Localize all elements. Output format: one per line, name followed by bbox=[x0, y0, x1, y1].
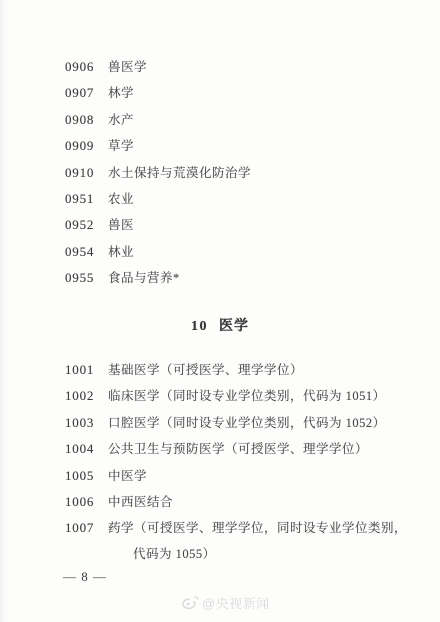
discipline-code: 1005 bbox=[65, 468, 108, 484]
discipline-code: 0954 bbox=[65, 244, 108, 260]
catalog-row: 0955 食品与营养* bbox=[65, 270, 416, 296]
weibo-camera-icon bbox=[181, 595, 200, 611]
discipline-name: 水土保持与荒漠化防治学 bbox=[108, 165, 251, 182]
discipline-code: 1007 bbox=[65, 520, 108, 536]
discipline-code: 1001 bbox=[65, 362, 108, 378]
discipline-code: 0906 bbox=[65, 59, 108, 75]
discipline-name: 中医学 bbox=[108, 468, 147, 485]
catalog-row: 1007 药学（可授医学、理学学位，同时设专业学位类别， 代码为 1055） bbox=[65, 520, 416, 546]
discipline-name: 基础医学（可授医学、理学学位） bbox=[108, 362, 303, 379]
catalog-row: 0908 水产 bbox=[65, 112, 416, 138]
catalog-row: 0954 林业 bbox=[65, 244, 416, 270]
discipline-name: 中西医结合 bbox=[108, 494, 173, 511]
scan-edge-artifact bbox=[0, 0, 6, 622]
discipline-name: 兽医学 bbox=[108, 59, 147, 76]
discipline-code: 0951 bbox=[65, 191, 108, 207]
discipline-name: 临床医学（同时设专业学位类别，代码为 1051） bbox=[108, 388, 386, 405]
discipline-name-line2: 代码为 1055） bbox=[133, 546, 407, 563]
discipline-code: 0952 bbox=[65, 217, 108, 233]
catalog-row: 1004 公共卫生与预防医学（可授医学、理学学位） bbox=[65, 441, 416, 467]
discipline-code: 0908 bbox=[65, 112, 108, 128]
catalog-row: 0907 林学 bbox=[65, 85, 416, 111]
section-heading: 10医学 bbox=[0, 315, 440, 335]
discipline-name: 农业 bbox=[108, 191, 134, 208]
watermark: @央视新闻 bbox=[181, 593, 270, 612]
discipline-name: 公共卫生与预防医学（可授医学、理学学位） bbox=[108, 441, 368, 458]
catalog-row: 0952 兽医 bbox=[65, 217, 416, 243]
catalog-list-medicine: 1001 基础医学（可授医学、理学学位） 1002 临床医学（同时设专业学位类别… bbox=[65, 362, 416, 547]
discipline-name: 兽医 bbox=[108, 217, 134, 234]
discipline-name: 食品与营养* bbox=[108, 270, 180, 287]
catalog-row: 1006 中西医结合 bbox=[65, 494, 416, 520]
discipline-name: 林业 bbox=[108, 244, 134, 261]
discipline-code: 1003 bbox=[65, 415, 108, 431]
page-number: — 8 — bbox=[63, 569, 107, 585]
section-heading-number: 10 bbox=[191, 319, 208, 334]
discipline-name: 水产 bbox=[108, 112, 134, 129]
discipline-code: 0955 bbox=[65, 270, 108, 286]
catalog-row: 1002 临床医学（同时设专业学位类别，代码为 1051） bbox=[65, 388, 416, 414]
discipline-name: 草学 bbox=[108, 138, 134, 155]
watermark-text: @央视新闻 bbox=[202, 593, 270, 612]
discipline-code: 1002 bbox=[65, 388, 108, 404]
catalog-row: 1005 中医学 bbox=[65, 468, 416, 494]
discipline-code: 1004 bbox=[65, 441, 108, 457]
document-page: 0906 兽医学 0907 林学 0908 水产 0909 草学 0910 水土… bbox=[0, 0, 440, 622]
discipline-name: 药学（可授医学、理学学位，同时设专业学位类别， 代码为 1055） bbox=[108, 520, 407, 563]
catalog-list-top: 0906 兽医学 0907 林学 0908 水产 0909 草学 0910 水土… bbox=[65, 59, 416, 297]
discipline-code: 0907 bbox=[65, 85, 108, 101]
discipline-code: 0909 bbox=[65, 138, 108, 154]
catalog-row: 0906 兽医学 bbox=[65, 59, 416, 85]
catalog-row: 0910 水土保持与荒漠化防治学 bbox=[65, 165, 416, 191]
discipline-code: 1006 bbox=[65, 494, 108, 510]
section-heading-title: 医学 bbox=[219, 319, 249, 334]
discipline-code: 0910 bbox=[65, 165, 108, 181]
catalog-row: 1003 口腔医学（同时设专业学位类别，代码为 1052） bbox=[65, 415, 416, 441]
catalog-row: 0951 农业 bbox=[65, 191, 416, 217]
catalog-row: 1001 基础医学（可授医学、理学学位） bbox=[65, 362, 416, 388]
catalog-row: 0909 草学 bbox=[65, 138, 416, 164]
discipline-name-line1: 药学（可授医学、理学学位，同时设专业学位类别， bbox=[108, 520, 407, 537]
discipline-name: 口腔医学（同时设专业学位类别，代码为 1052） bbox=[108, 415, 386, 432]
discipline-name: 林学 bbox=[108, 85, 134, 102]
